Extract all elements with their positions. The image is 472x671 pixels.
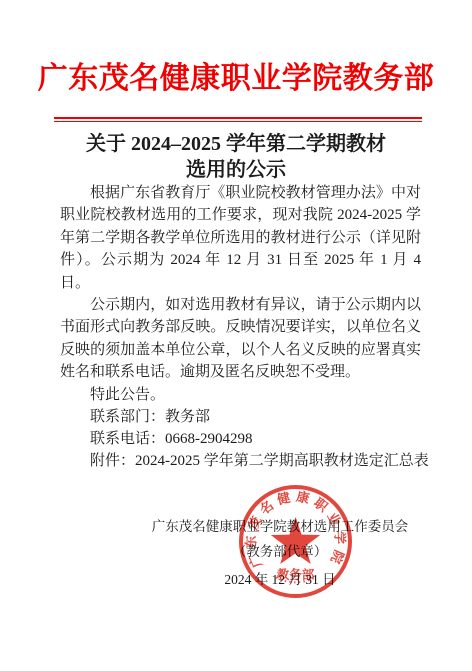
signature-date: 2024 年 12 月 31 日 bbox=[148, 572, 412, 588]
notice-body: 根据广东省教育厅《职业院校教材管理办法》中对职业院校教材选用的工作要求，现对我院… bbox=[60, 182, 421, 451]
department-masthead: 广东茂名健康职业学院教务部 bbox=[0, 55, 472, 103]
signature-block: 广东茂名健康职业学院教材选用工作委员会 （教务部代章） 2024 年 12 月 … bbox=[148, 519, 412, 588]
attachment-line: 附件：2024-2025 学年第二学期高职教材选定汇总表 bbox=[60, 451, 421, 471]
contact-phone-line: 联系电话：0668-2904298 bbox=[60, 428, 421, 450]
notice-paragraph-objection: 公示期内，如对选用教材有异议，请于公示期内以书面形式向教务部反映。反映情况要详实… bbox=[60, 294, 421, 384]
masthead-divider-rule bbox=[54, 117, 422, 122]
notice-paragraph-basis: 根据广东省教育厅《职业院校教材管理办法》中对职业院校教材选用的工作要求，现对我院… bbox=[60, 182, 421, 294]
signature-committee-name: 广东茂名健康职业学院教材选用工作委员会 bbox=[148, 519, 412, 535]
notice-document-page: 广东茂名健康职业学院教务部 关于 2024–2025 学年第二学期教材 选用的公… bbox=[0, 0, 472, 671]
notice-title-line-2: 选用的公示 bbox=[0, 157, 472, 183]
notice-closing-line: 特此公告。 bbox=[60, 384, 421, 406]
signature-on-behalf: （教务部代章） bbox=[148, 544, 412, 560]
notice-title-line-1: 关于 2024–2025 学年第二学期教材 bbox=[0, 131, 472, 157]
contact-department-line: 联系部门：教务部 bbox=[60, 406, 421, 428]
notice-title: 关于 2024–2025 学年第二学期教材 选用的公示 bbox=[0, 131, 472, 183]
